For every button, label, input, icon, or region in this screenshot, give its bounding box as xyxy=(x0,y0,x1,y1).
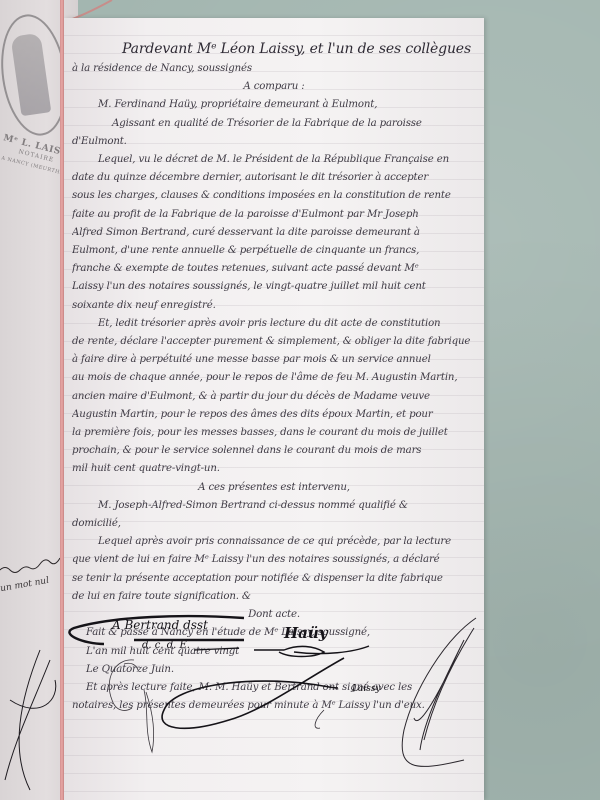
text-line: Lequel, vu le décret de M. le Président … xyxy=(72,151,476,169)
text-line: faite au profit de la Fabrique de la par… xyxy=(72,206,476,224)
text-line: ancien maire d'Eulmont, & à partir du jo… xyxy=(72,388,476,406)
text-line: à la résidence de Nancy, soussignés xyxy=(72,60,476,78)
seal-figure-icon xyxy=(10,33,51,116)
text-line: Lequel après avoir pris connaissance de … xyxy=(72,533,476,551)
text-line: se tenir la présente acceptation pour no… xyxy=(72,570,476,588)
text-line: A ces présentes est intervenu, xyxy=(72,479,476,497)
text-line: A comparu : xyxy=(72,78,476,96)
text-line: Eulmont, d'une rente annuelle & perpétue… xyxy=(72,242,476,260)
text-line: d'Eulmont. xyxy=(72,133,476,151)
document-heading: Pardevant Mᵉ Léon Laissy, et l'un de ses… xyxy=(72,38,476,60)
text-line: à faire dire à perpétuité une messe bass… xyxy=(72,351,476,369)
text-line: date du quinze décembre dernier, autoris… xyxy=(72,169,476,187)
text-line: Augustin Martin, pour le repos des âmes … xyxy=(72,406,476,424)
margin-wave-mark xyxy=(0,556,60,576)
text-line: Laissy l'un des notaires soussignés, le … xyxy=(72,278,476,296)
text-line: domicilié, xyxy=(72,515,476,533)
signature-hauy: Haüy xyxy=(284,624,328,642)
text-line: soixante dix neuf enregistré. xyxy=(72,297,476,315)
text-line: au mois de chaque année, pour le repos d… xyxy=(72,369,476,387)
text-line: Et, ledit trésorier après avoir pris lec… xyxy=(72,315,476,333)
signature-area: A Bertrand dsst d. c. d. E. Haüy Laissy xyxy=(64,600,484,800)
text-line: sous les charges, clauses & conditions i… xyxy=(72,187,476,205)
signature-laissy: Laissy xyxy=(352,684,381,694)
text-line: M. Joseph-Alfred-Simon Bertrand ci-dessu… xyxy=(72,497,476,515)
text-line: franche & exempte de toutes retenues, su… xyxy=(72,260,476,278)
signature-bertrand-sub: d. c. d. E. xyxy=(142,640,190,651)
photo-scene: Mᵉ L. LAISSY NOTAIRE A NANCY (MEURTHE) u… xyxy=(0,0,600,800)
text-line: de rente, déclare l'accepter purement & … xyxy=(72,333,476,351)
signature-bertrand: A Bertrand dsst xyxy=(112,618,208,632)
text-line: mil huit cent quatre-vingt-un. xyxy=(72,460,476,478)
text-line: Agissant en qualité de Trésorier de la F… xyxy=(72,115,476,133)
text-line: M. Ferdinand Haüy, propriétaire demeuran… xyxy=(72,96,476,114)
text-line: la première fois, pour les messes basses… xyxy=(72,424,476,442)
text-line: Alfred Simon Bertrand, curé desservant l… xyxy=(72,224,476,242)
text-line: prochain, & pour le service solennel dan… xyxy=(72,442,476,460)
text-line: que vient de lui en faire Mᵉ Laissy l'un… xyxy=(72,551,476,569)
margin-note: un mot nul xyxy=(0,576,50,594)
